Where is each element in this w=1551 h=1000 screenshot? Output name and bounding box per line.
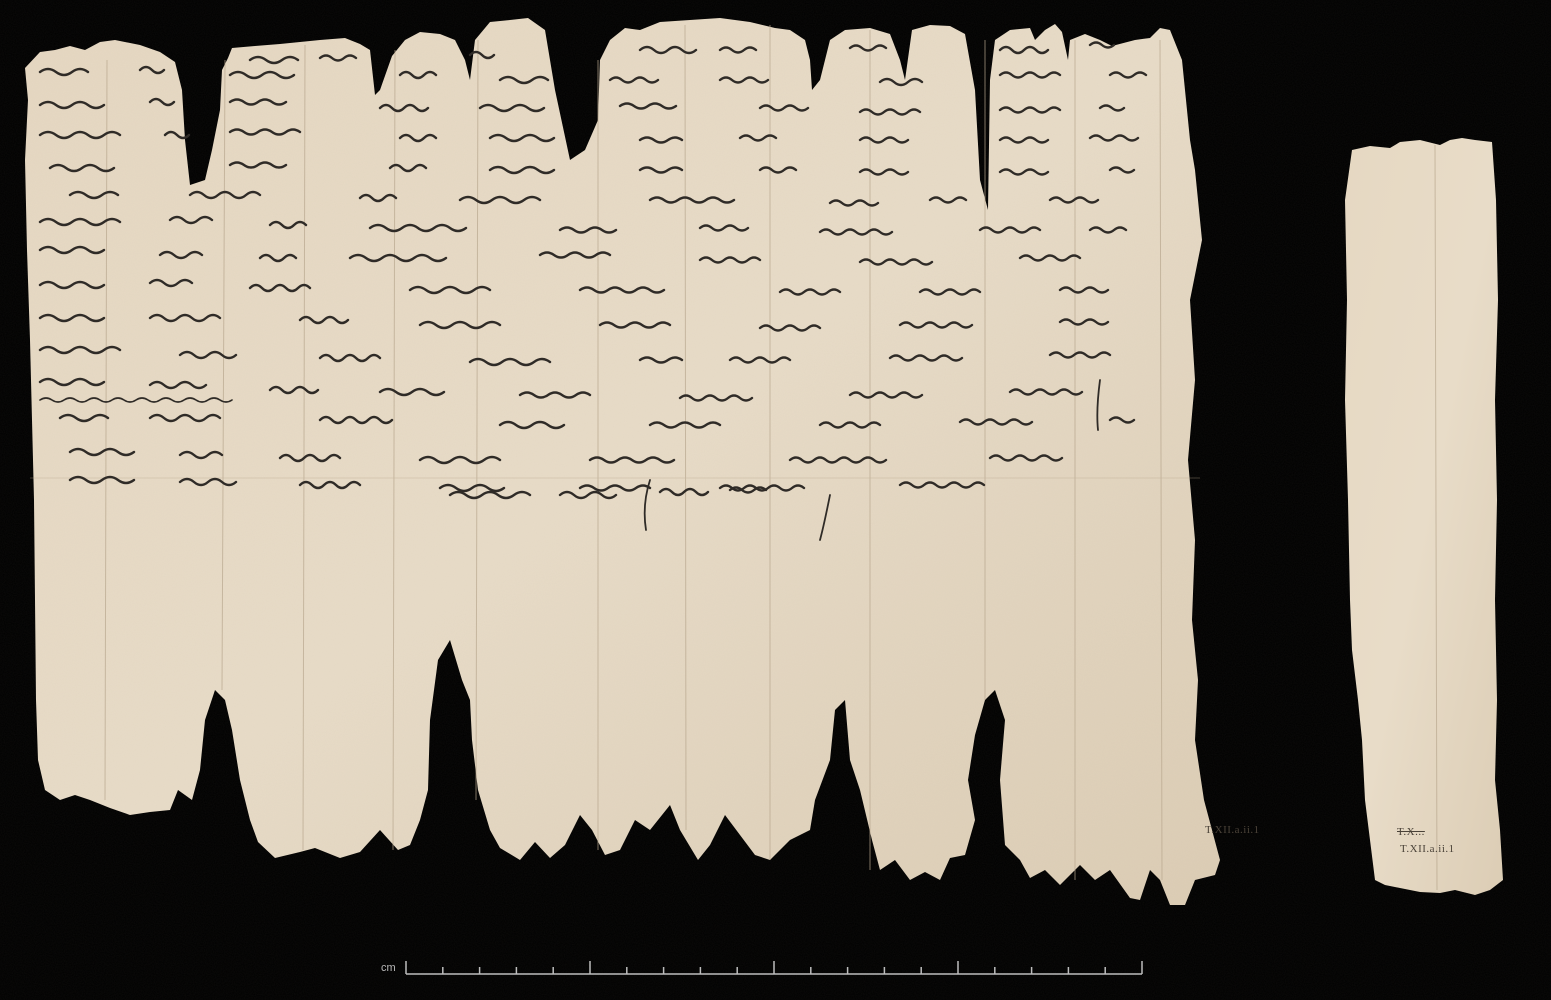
catalog-label-main: T.XII.a.ii.1 xyxy=(1205,824,1260,836)
scale-unit-label: cm xyxy=(381,962,396,974)
main-sheet xyxy=(0,0,1551,1000)
catalog-label-struck: T.X... xyxy=(1397,826,1425,838)
catalog-label-strip: T.XII.a.ii.1 xyxy=(1400,843,1455,855)
manuscript-photo: T.XII.a.ii.1 T.X... T.XII.a.ii.1 cm xyxy=(0,0,1551,1000)
side-strip xyxy=(1345,138,1503,895)
manuscript-svg xyxy=(0,0,1551,1000)
